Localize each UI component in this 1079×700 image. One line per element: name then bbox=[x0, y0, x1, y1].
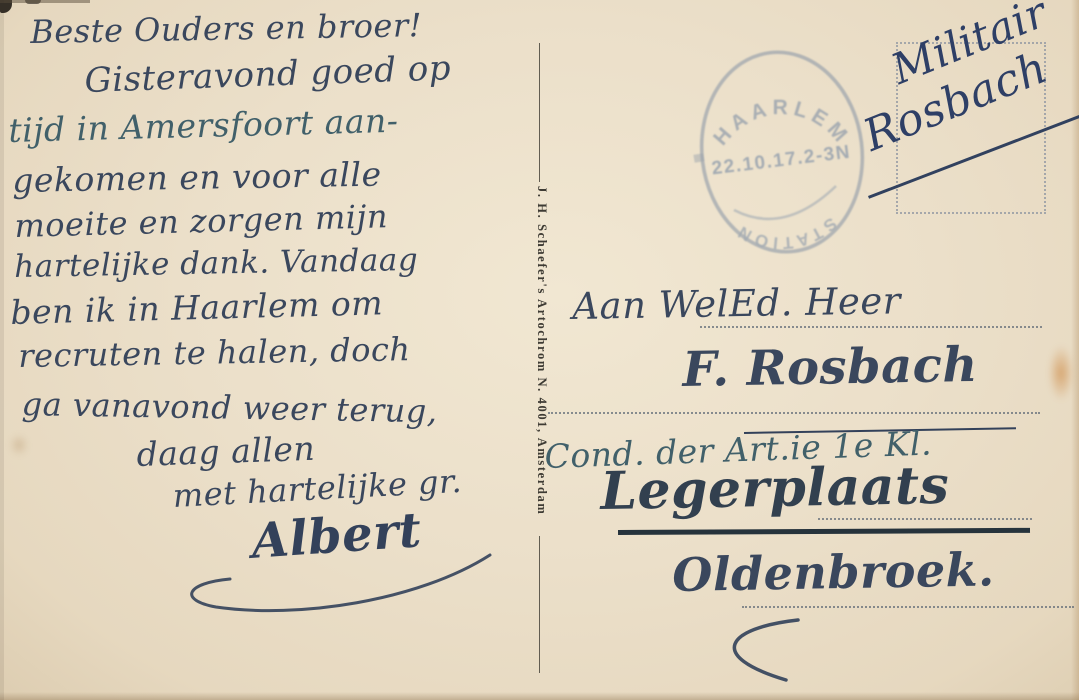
message-line: recruten te halen, doch bbox=[18, 333, 411, 372]
address-line-camp: Legerplaats bbox=[600, 460, 950, 518]
publisher-imprint: J. H. Schaefer's Artochrom N. 4001, Amst… bbox=[534, 186, 549, 538]
message-line: tijd in Amersfoort aan- bbox=[8, 104, 399, 147]
paper-stain bbox=[6, 430, 32, 460]
svg-text:STATION: STATION bbox=[731, 214, 840, 253]
message-line: Beste Ouders en broer! bbox=[30, 9, 422, 48]
address-flourish bbox=[700, 612, 815, 692]
paper-stain bbox=[1044, 336, 1078, 410]
message-line: hartelijke dank. Vandaag bbox=[14, 245, 418, 283]
postmark-town: HAARLEM bbox=[709, 96, 855, 150]
message-line: moeite en zorgen mijn bbox=[14, 200, 388, 242]
divider-line-top bbox=[539, 43, 540, 182]
message-line: daag allen bbox=[136, 432, 316, 471]
svg-text:HAARLEM: HAARLEM bbox=[709, 96, 855, 150]
postmark-smear bbox=[734, 186, 836, 219]
top-edge-shadow bbox=[0, 0, 90, 3]
postmark-stamp: HAARLEM 22.10.17.2-3N STATION bbox=[688, 34, 878, 274]
message-line: Gisteravond goed op bbox=[84, 51, 452, 98]
postmark-office: STATION bbox=[731, 214, 840, 253]
divider-line-bottom bbox=[539, 536, 540, 673]
address-line-name: F. Rosbach bbox=[682, 341, 978, 394]
address-dotted-line bbox=[818, 518, 1032, 520]
message-line: ga vanavond weer terug, bbox=[21, 388, 437, 427]
message-line: ben ik in Haarlem om bbox=[10, 286, 383, 329]
signature-flourish bbox=[168, 535, 498, 630]
bottom-edge-shadow bbox=[0, 692, 1079, 700]
camp-underline bbox=[618, 528, 1030, 535]
address-line-salutation: Aan WelEd. Heer bbox=[572, 282, 901, 325]
address-dotted-line bbox=[742, 606, 1074, 608]
postcard-back: Beste Ouders en broer! Gisteravond goed … bbox=[0, 0, 1079, 700]
address-dotted-line bbox=[548, 412, 1040, 414]
left-edge-shadow bbox=[0, 0, 4, 700]
message-line: gekomen en voor alle bbox=[12, 158, 382, 197]
address-dotted-line bbox=[700, 326, 1042, 328]
address-line-place: Oldenbroek. bbox=[672, 546, 995, 598]
postmark-date: 22.10.17.2-3N bbox=[711, 142, 852, 180]
